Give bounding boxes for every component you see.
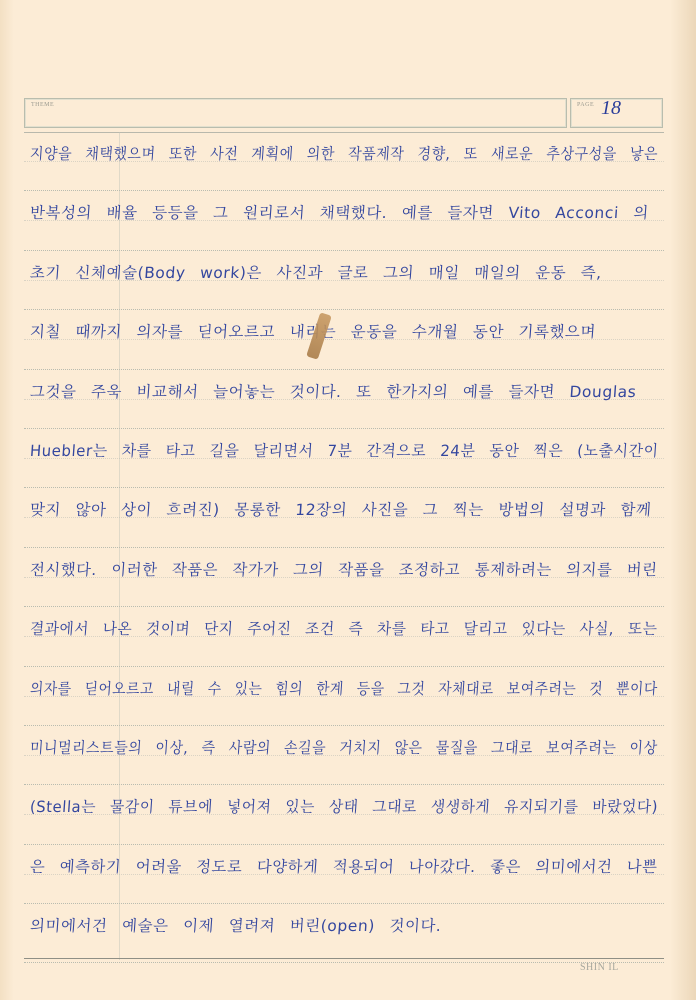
text-line: 맞지 않아 상이 흐려진) 몽롱한 12장의 사진을 그 찍는 방법의 설명과 … — [24, 488, 664, 547]
text-line: (Stella는 물감이 튜브에 넣어져 있는 상태 그대로 생생하게 유지되기… — [24, 785, 664, 844]
line-text: 맞지 않아 상이 흐려진) 몽롱한 12장의 사진을 그 찍는 방법의 설명과 … — [29, 498, 659, 520]
text-line: 지칠 때까지 의자를 딛어오르고 내리는 운동을 수개월 동안 기록했으며 — [24, 310, 664, 369]
line-text: 지양을 채택했으며 또한 사전 계획에 의한 작품제작 경향, 또 새로운 추상… — [29, 142, 600, 164]
line-text: (Stella는 물감이 튜브에 넣어져 있는 상태 그대로 생생하게 유지되기… — [29, 795, 632, 817]
text-line: 결과에서 나온 것이며 단지 주어진 조건 즉 차를 타고 달리고 있다는 사실… — [24, 607, 664, 666]
page-number: 18 — [601, 97, 621, 120]
text-line: 의미에서건 예술은 이제 열려져 버린(open) 것이다. — [24, 904, 664, 963]
handwritten-text-body: 지양을 채택했으며 또한 사전 계획에 의한 작품제작 경향, 또 새로운 추상… — [24, 132, 664, 963]
theme-label: THEME — [31, 102, 54, 108]
text-line: 미니멀리스트들의 이상, 즉 사람의 손길을 거치지 않은 물질을 그대로 보여… — [24, 726, 664, 785]
notebook-header: THEME PAGE 18 — [24, 98, 664, 128]
line-text: 의미에서건 예술은 이제 열려져 버린(open) 것이다. — [29, 914, 659, 936]
text-line: 지양을 채택했으며 또한 사전 계획에 의한 작품제작 경향, 또 새로운 추상… — [24, 132, 664, 191]
text-line: Huebler는 차를 타고 길을 달리면서 7분 간격으로 24분 동안 찍은… — [24, 429, 664, 488]
line-text: 반복성의 배율 등등을 그 원리로서 채택했다. 예를 들자면 Vito Acc… — [29, 201, 659, 223]
line-text: 지칠 때까지 의자를 딛어오르고 내리는 운동을 수개월 동안 기록했으며 — [29, 320, 659, 342]
line-text: 의자를 딛어오르고 내릴 수 있는 힘의 한계 등을 그것 자체대로 보여주려는… — [29, 677, 592, 699]
text-line: 반복성의 배율 등등을 그 원리로서 채택했다. 예를 들자면 Vito Acc… — [24, 191, 664, 250]
text-line: 은 예측하기 어려울 정도로 다양하게 적용되어 나아갔다. 좋은 의미에서건 … — [24, 845, 664, 904]
text-line: 초기 신체예술(Body work)은 사진과 글로 그의 매일 매일의 운동 … — [24, 251, 664, 310]
page-box: PAGE 18 — [570, 98, 663, 128]
theme-box: THEME — [24, 98, 567, 128]
line-text: 미니멀리스트들의 이상, 즉 사람의 손길을 거치지 않은 물질을 그대로 보여… — [29, 736, 599, 758]
line-text: 결과에서 나온 것이며 단지 주어진 조건 즉 차를 타고 달리고 있다는 사실… — [29, 617, 627, 639]
text-line: 그것을 주욱 비교해서 늘어놓는 것이다. 또 한가지의 예를 들자면 Doug… — [24, 370, 664, 429]
page-label: PAGE — [577, 102, 594, 108]
brand-label: SHIN IL — [580, 962, 619, 973]
line-text: 은 예측하기 어려울 정도로 다양하게 적용되어 나아갔다. 좋은 의미에서건 … — [29, 855, 654, 877]
text-line: 의자를 딛어오르고 내릴 수 있는 힘의 한계 등을 그것 자체대로 보여주려는… — [24, 667, 664, 726]
line-text: Huebler는 차를 타고 길을 달리면서 7분 간격으로 24분 동안 찍은… — [29, 439, 637, 461]
line-text: 그것을 주욱 비교해서 늘어놓는 것이다. 또 한가지의 예를 들자면 Doug… — [29, 380, 659, 402]
line-text: 초기 신체예술(Body work)은 사진과 글로 그의 매일 매일의 운동 … — [29, 261, 659, 283]
line-text: 전시했다. 이러한 작품은 작가가 그의 작품을 조정하고 통제하려는 의지를 … — [29, 558, 654, 580]
bottom-rule — [24, 958, 664, 959]
text-line: 전시했다. 이러한 작품은 작가가 그의 작품을 조정하고 통제하려는 의지를 … — [24, 548, 664, 607]
